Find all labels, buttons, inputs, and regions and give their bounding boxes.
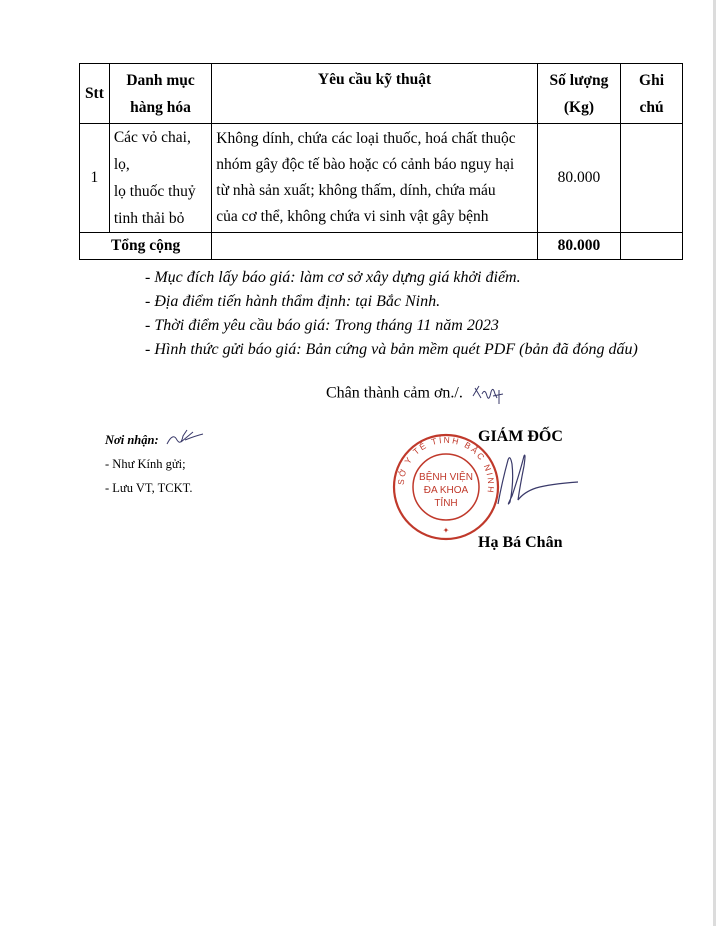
director-signature-icon	[490, 452, 580, 512]
signer-name: Hạ Bá Chân	[478, 534, 562, 552]
note-format: - Hình thức gửi báo giá: Bản cứng và bản…	[82, 338, 657, 362]
svg-text:ĐA KHOA: ĐA KHOA	[424, 485, 469, 496]
header-quantity: Số lượng (Kg)	[537, 64, 620, 124]
total-quantity: 80.000	[537, 233, 620, 260]
closing-text: Chân thành cảm ơn./.	[326, 385, 463, 402]
recipients-block: Nơi nhận: - Như Kính gửi; - Lưu VT, TCKT…	[105, 428, 192, 500]
note-purpose: - Mục đích lấy báo giá: làm cơ sở xây dự…	[112, 266, 657, 290]
note-location: - Địa điểm tiến hành thẩm định: tại Bắc …	[112, 290, 657, 314]
cell-note	[621, 124, 683, 233]
notes-list: - Mục đích lấy báo giá: làm cơ sở xây dự…	[112, 266, 657, 362]
total-empty	[212, 233, 538, 260]
signer-title: GIÁM ĐỐC	[478, 428, 563, 446]
table-header-row: Stt Danh mục hàng hóa Yêu cầu kỹ thuật S…	[80, 64, 683, 124]
items-table: Stt Danh mục hàng hóa Yêu cầu kỹ thuật S…	[79, 63, 683, 260]
closing-line: Chân thành cảm ơn./.	[326, 382, 505, 406]
svg-text:✦: ✦	[443, 526, 450, 535]
cell-item-name: Các vỏ chai, lọ, lọ thuốc thuỷ tinh thải…	[109, 124, 211, 233]
recipient-item: - Lưu VT, TCKT.	[105, 476, 192, 500]
header-stt: Stt	[80, 64, 110, 124]
cell-quantity: 80.000	[537, 124, 620, 233]
svg-text:BỆNH VIỆN: BỆNH VIỆN	[419, 470, 473, 483]
total-note	[621, 233, 683, 260]
svg-text:TỈNH: TỈNH	[434, 496, 457, 509]
hospital-stamp-icon: SỞ Y TẾ TỈNH BẮC NINH BỆNH VIỆN ĐA KHOA …	[391, 432, 501, 542]
recipients-label: Nơi nhận:	[105, 433, 159, 447]
header-requirements: Yêu cầu kỹ thuật	[212, 64, 538, 124]
document-page: Stt Danh mục hàng hóa Yêu cầu kỹ thuật S…	[0, 0, 716, 926]
total-label: Tổng cộng	[80, 233, 212, 260]
note-time: - Thời điểm yêu cầu báo giá: Trong tháng…	[112, 314, 657, 338]
header-item-name: Danh mục hàng hóa	[109, 64, 211, 124]
cell-requirements: Không dính, chứa các loại thuốc, hoá chấ…	[212, 124, 538, 233]
table-row: 1 Các vỏ chai, lọ, lọ thuốc thuỷ tinh th…	[80, 124, 683, 233]
table-total-row: Tổng cộng 80.000	[80, 233, 683, 260]
initials-signature-icon	[471, 382, 505, 406]
header-note: Ghi chú	[621, 64, 683, 124]
cell-stt: 1	[80, 124, 110, 233]
recipient-item: - Như Kính gửi;	[105, 452, 192, 476]
recipient-initials-icon	[165, 426, 205, 448]
